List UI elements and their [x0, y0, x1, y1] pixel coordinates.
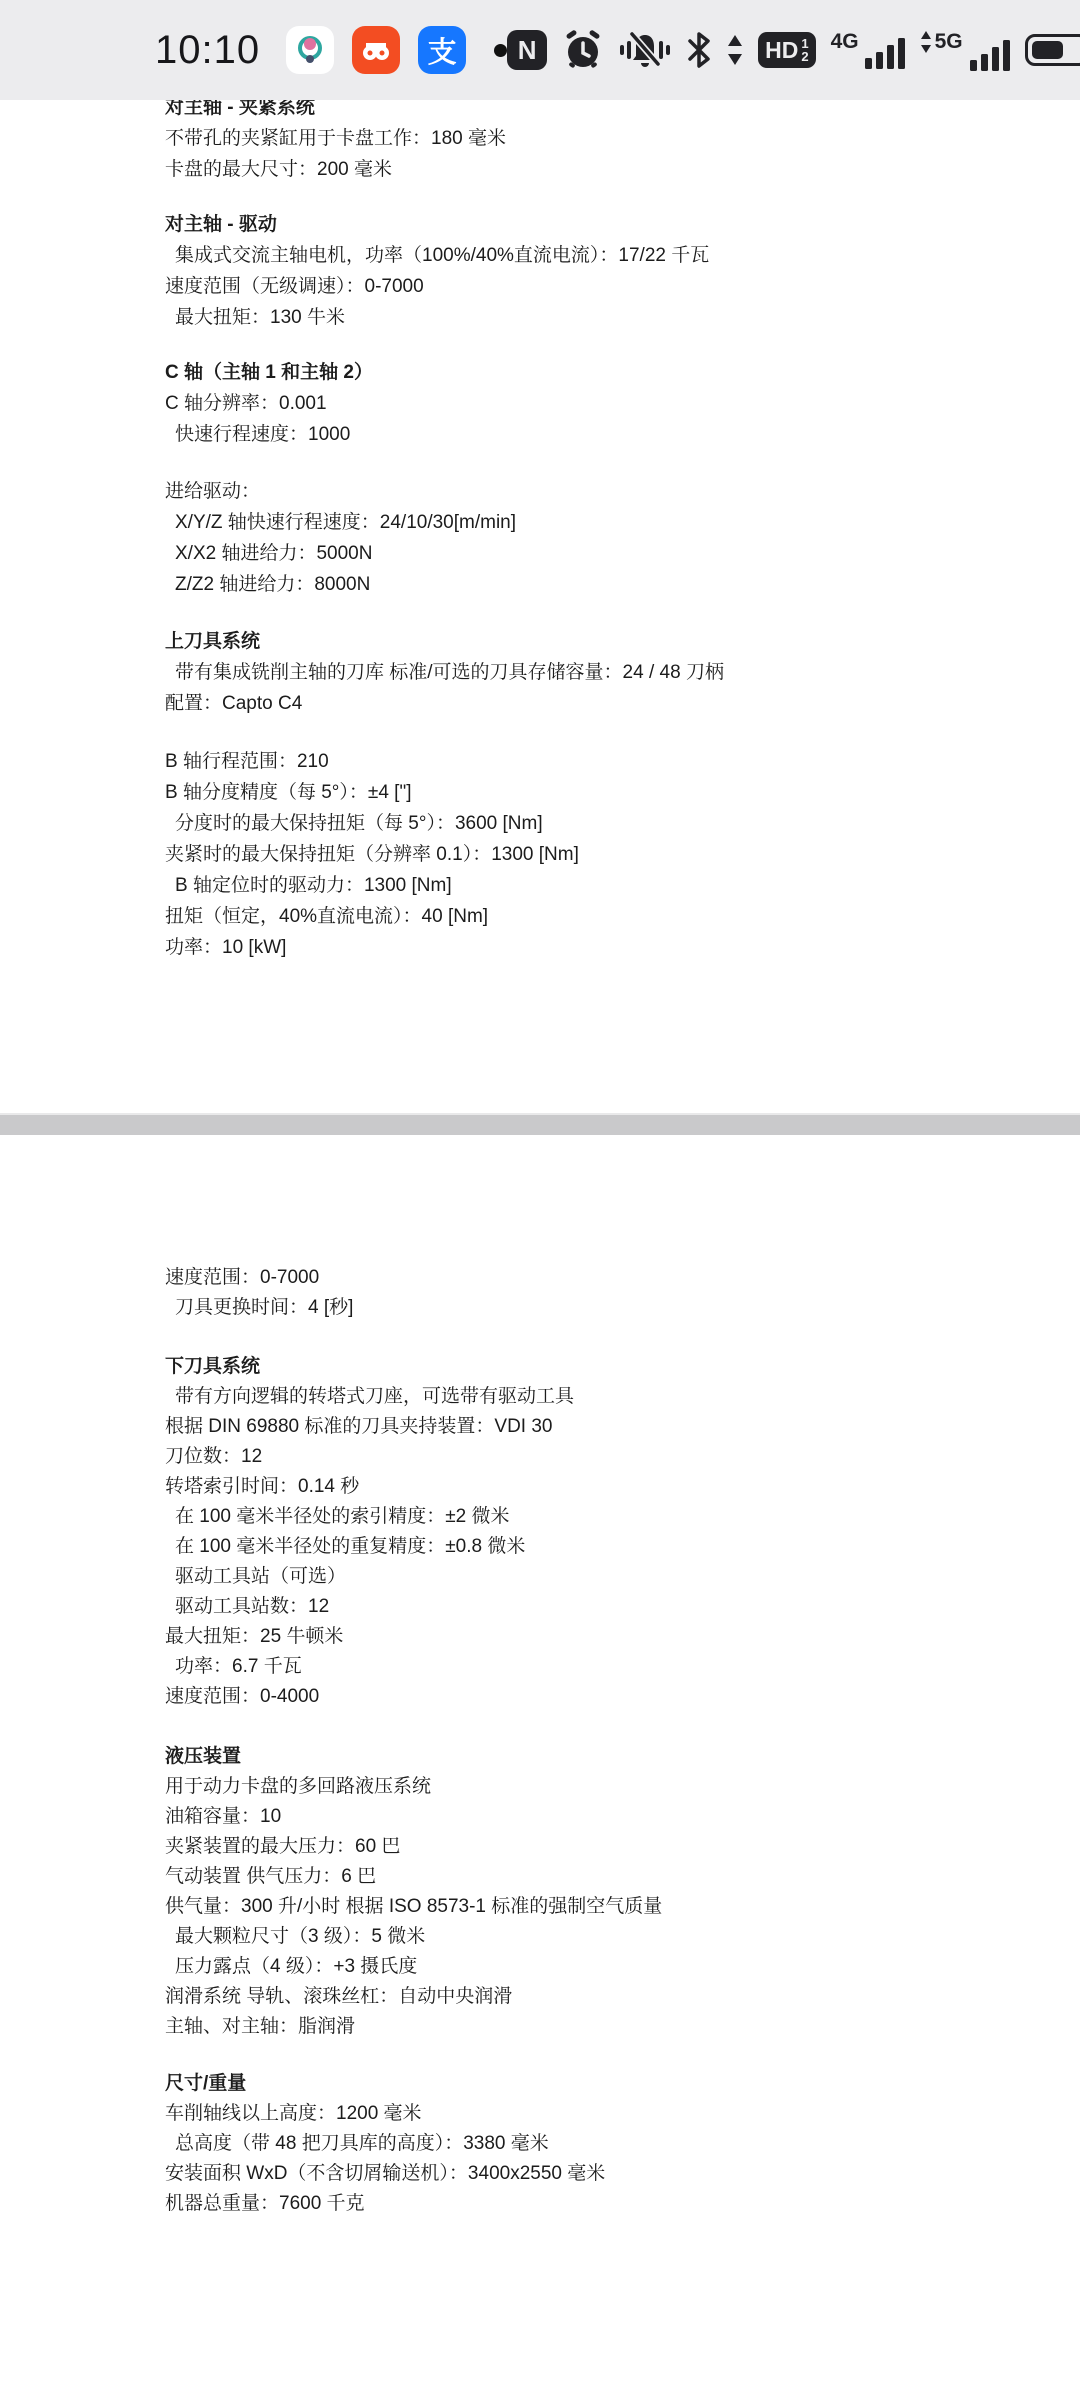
signal-4g-icon: 4G [831, 31, 905, 69]
document-view[interactable]: 对主轴 - 夹紧系统不带孔的夹紧缸用于卡盘工作：180 毫米卡盘的最大尺寸：20… [0, 0, 1080, 2400]
mute-vibrate-icon [619, 29, 671, 71]
spec-line: 功率：6.7 千瓦 [165, 1652, 990, 1682]
spec-page-2: 速度范围：0-7000刀具更换时间：4 [秒]下刀具系统带有方向逻辑的转塔式刀座… [0, 1135, 1080, 2219]
spec-line: 在 100 毫米半径处的索引精度：±2 微米 [165, 1502, 990, 1532]
spec-line: 最大扭矩：130 牛米 [165, 302, 990, 333]
spec-page-1: 对主轴 - 夹紧系统不带孔的夹紧缸用于卡盘工作：180 毫米卡盘的最大尺寸：20… [0, 0, 1080, 963]
alarm-clock-icon [562, 29, 604, 71]
spec-line: 主轴、对主轴：脂润滑 [165, 2012, 990, 2042]
battery-fill [1032, 41, 1064, 59]
section-heading: 下刀具系统 [165, 1352, 990, 1382]
spec-line: 最大颗粒尺寸（3 级）：5 微米 [165, 1922, 990, 1952]
spec-line: 扭矩（恒定，40%直流电流）：40 [Nm] [165, 901, 990, 932]
spec-line: 车削轴线以上高度：1200 毫米 [165, 2099, 990, 2129]
section-heading: C 轴（主轴 1 和主轴 2） [165, 357, 990, 388]
spec-line: 带有方向逻辑的转塔式刀座，可选带有驱动工具 [165, 1382, 990, 1412]
alipay-notification-icon: 支 [418, 26, 466, 74]
spec-line: 速度范围：0-7000 [165, 1263, 990, 1293]
spec-line: 分度时的最大保持扭矩（每 5°）：3600 [Nm] [165, 808, 990, 839]
alipay-glyph: 支 [428, 30, 457, 71]
spec-line: 最大扭矩：25 牛顿米 [165, 1622, 990, 1652]
signal-5g-icon: 5G [920, 30, 1010, 71]
spec-line: X/X2 轴进给力：5000N [165, 538, 990, 569]
spec-line: 气动装置 供气压力：6 巴 [165, 1862, 990, 1892]
spec-line: 在 100 毫米半径处的重复精度：±0.8 微米 [165, 1532, 990, 1562]
spec-line: 润滑系统 导轨、滚珠丝杠：自动中央润滑 [165, 1982, 990, 2012]
spec-line: 不带孔的夹紧缸用于卡盘工作：180 毫米 [165, 123, 990, 154]
spec-line: 速度范围：0-4000 [165, 1682, 990, 1712]
spec-line: 安装面积 WxD（不含切屑输送机）：3400x2550 毫米 [165, 2159, 990, 2189]
data-arrows-icon [727, 33, 743, 67]
spec-line: 油箱容量：10 [165, 1802, 990, 1832]
status-time: 10:10 [155, 28, 260, 73]
spec-line: Z/Z2 轴进给力：8000N [165, 569, 990, 600]
network-4g-label: 4G [831, 31, 859, 52]
section-heading: 液压装置 [165, 1742, 990, 1772]
spec-line: 供气量：300 升/小时 根据 ISO 8573-1 标准的强制空气质量 [165, 1892, 990, 1922]
signal-4g-bars [865, 38, 905, 69]
spec-line: 带有集成铣削主轴的刀库 标准/可选的刀具存储容量：24 / 48 刀柄 [165, 657, 990, 688]
spec-line: 功率：10 [kW] [165, 932, 990, 963]
hd-sim-stack: 1 2 [801, 37, 808, 63]
spec-line: 夹紧装置的最大压力：60 巴 [165, 1832, 990, 1862]
spec-line: 夹紧时的最大保持扭矩（分辨率 0.1）：1300 [Nm] [165, 839, 990, 870]
spec-line: 配置：Capto C4 [165, 688, 990, 719]
spec-line: 根据 DIN 69880 标准的刀具夹持装置：VDI 30 [165, 1412, 990, 1442]
spec-line: X/Y/Z 轴快速行程速度：24/10/30[m/min] [165, 507, 990, 538]
status-bar-left: 10:10 支 [155, 26, 507, 74]
phone-screen: 10:10 支 [0, 0, 1080, 2400]
battery-icon [1025, 34, 1080, 66]
spec-line: 速度范围（无级调速）：0-7000 [165, 271, 990, 302]
nfc-icon: N [507, 30, 547, 70]
5g-data-arrows-glyph [920, 30, 932, 54]
status-bar-right: N [507, 29, 1080, 71]
spec-line: 刀位数：12 [165, 1442, 990, 1472]
spec-line: B 轴行程范围：210 [165, 746, 990, 777]
spec-line: B 轴分度精度（每 5°）：±4 ["] [165, 777, 990, 808]
hd-label: HD [765, 39, 798, 62]
spec-line: 转塔索引时间：0.14 秒 [165, 1472, 990, 1502]
spec-line: 进给驱动： [165, 476, 990, 507]
section-heading: 对主轴 - 驱动 [165, 209, 990, 240]
spec-line: 驱动工具站数：12 [165, 1592, 990, 1622]
signal-5g-bars [970, 40, 1010, 71]
spec-line: 卡盘的最大尺寸：200 毫米 [165, 154, 990, 185]
app-logo-glyph [293, 33, 327, 67]
hd-sim-2: 2 [801, 50, 808, 63]
network-5g-label: 5G [935, 31, 963, 52]
app-logo-notification-icon [286, 26, 334, 74]
hd-voice-icon: HD 1 2 [758, 32, 815, 68]
spec-line: 集成式交流主轴电机，功率（100%/40%直流电流）：17/22 千瓦 [165, 240, 990, 271]
spec-line: 机器总重量：7600 千克 [165, 2189, 990, 2219]
spec-line: 快速行程速度：1000 [165, 419, 990, 450]
more-notifications-dot [494, 44, 507, 57]
spec-line: C 轴分辨率：0.001 [165, 388, 990, 419]
spec-line: B 轴定位时的驱动力：1300 [Nm] [165, 870, 990, 901]
spec-line: 用于动力卡盘的多回路液压系统 [165, 1772, 990, 1802]
section-heading: 尺寸/重量 [165, 2069, 990, 2099]
bluetooth-icon [686, 31, 712, 69]
spec-line: 压力露点（4 级）：+3 摄氏度 [165, 1952, 990, 1982]
section-heading: 上刀具系统 [165, 626, 990, 657]
nfc-glyph: N [518, 35, 537, 66]
spec-line: 总高度（带 48 把刀具库的高度）：3380 毫米 [165, 2129, 990, 2159]
status-bar: 10:10 支 [0, 0, 1080, 100]
page-divider [0, 1113, 1080, 1135]
spec-line: 刀具更换时间：4 [秒] [165, 1293, 990, 1323]
kwai-glasses-glyph [359, 33, 393, 67]
spec-line: 驱动工具站（可选） [165, 1562, 990, 1592]
kwai-notification-icon [352, 26, 400, 74]
